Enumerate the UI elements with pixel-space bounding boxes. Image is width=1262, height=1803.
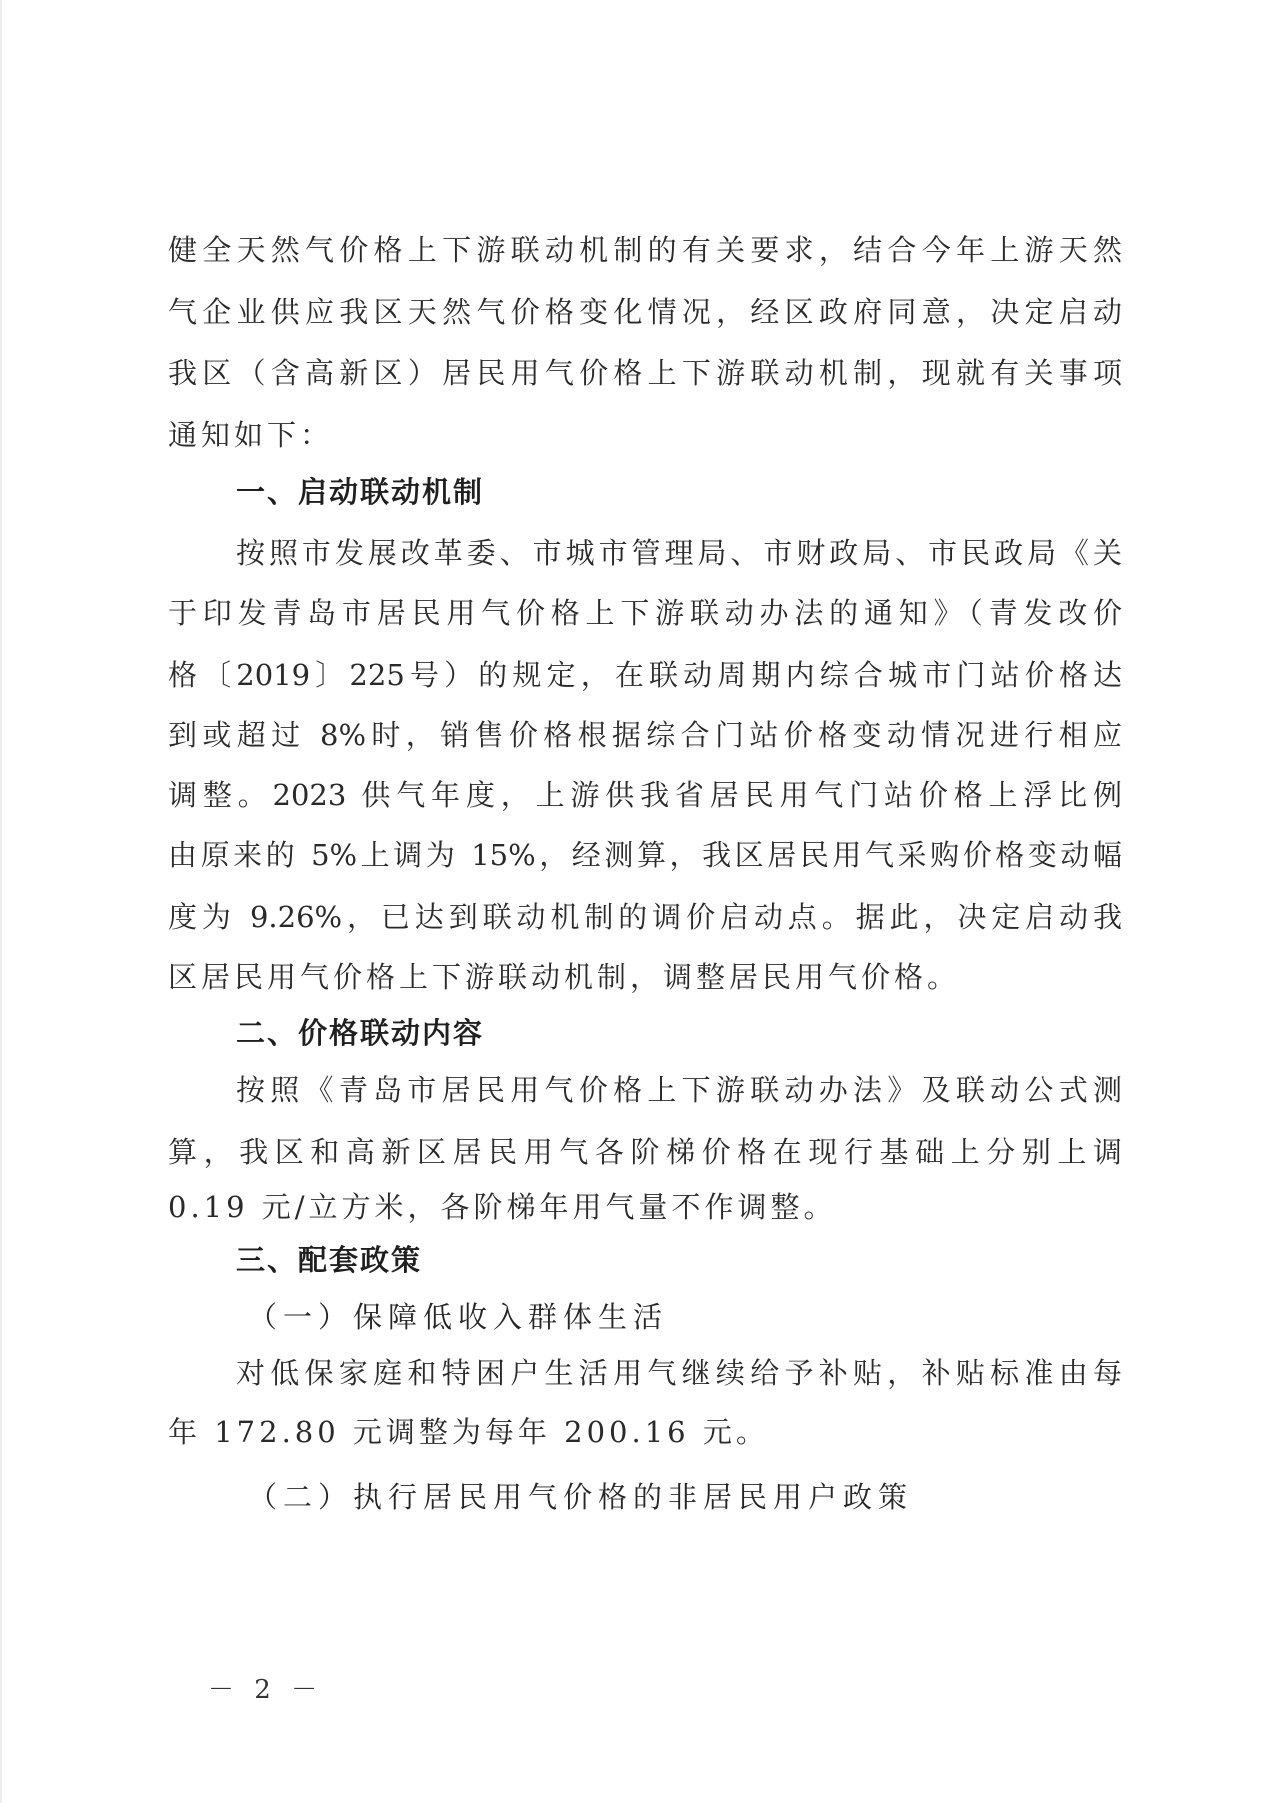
section-3-sub-1-line-2: 年 172.80 元调整为每年 200.16 元。	[168, 1410, 769, 1454]
section-1-line-3: 格〔2019〕225号）的规定，在联动周期内综合城市门站价格达	[168, 653, 1122, 697]
section-1-line-2: 于印发青岛市居民用气价格上下游联动办法的通知》（青发改价	[168, 591, 1122, 635]
section-1-line-4: 到或超过 8%时，销售价格根据综合门站价格变动情况进行相应	[168, 713, 1122, 757]
section-3-heading: 三、配套政策	[236, 1238, 422, 1282]
intro-line-3: 我区（含高新区）居民用气价格上下游联动机制，现就有关事项	[168, 351, 1122, 395]
section-1-line-8: 区居民用气价格上下游联动机制，调整居民用气价格。	[168, 955, 960, 999]
section-2-heading: 二、价格联动内容	[236, 1011, 484, 1055]
section-3-sub-2-heading: （二）执行居民用气价格的非居民用户政策	[248, 1475, 913, 1519]
section-2-line-1: 按照《青岛市居民用气价格上下游联动办法》及联动公式测	[236, 1068, 1122, 1112]
section-3-sub-1-heading: （一）保障低收入群体生活	[248, 1295, 668, 1339]
section-3-sub-1-line-1: 对低保家庭和特困户生活用气继续给予补贴，补贴标准由每	[236, 1351, 1122, 1395]
intro-line-4: 通知如下：	[168, 413, 333, 457]
document-page: 健全天然气价格上下游联动机制的有关要求，结合今年上游天然 气企业供应我区天然气价…	[0, 0, 1262, 1803]
section-2-line-2: 算，我区和高新区居民用气各阶梯价格在现行基础上分别上调	[168, 1130, 1122, 1174]
section-1-line-1: 按照市发展改革委、市城市管理局、市财政局、市民政局《关	[236, 531, 1122, 575]
section-1-heading: 一、启动联动机制	[236, 470, 484, 514]
intro-line-1: 健全天然气价格上下游联动机制的有关要求，结合今年上游天然	[168, 228, 1122, 272]
section-2-line-3: 0.19 元/立方米，各阶梯年用气量不作调整。	[168, 1185, 837, 1229]
intro-line-2: 气企业供应我区天然气价格变化情况，经区政府同意，决定启动	[168, 290, 1122, 334]
page-number: － 2 －	[208, 1672, 323, 1708]
section-1-line-5: 调整。2023 供气年度，上游供我省居民用气门站价格上浮比例	[168, 773, 1122, 817]
section-1-line-6: 由原来的 5%上调为 15%，经测算，我区居民用气采购价格变动幅	[168, 833, 1122, 877]
section-1-line-7: 度为 9.26%，已达到联动机制的调价启动点。据此，决定启动我	[168, 895, 1122, 939]
